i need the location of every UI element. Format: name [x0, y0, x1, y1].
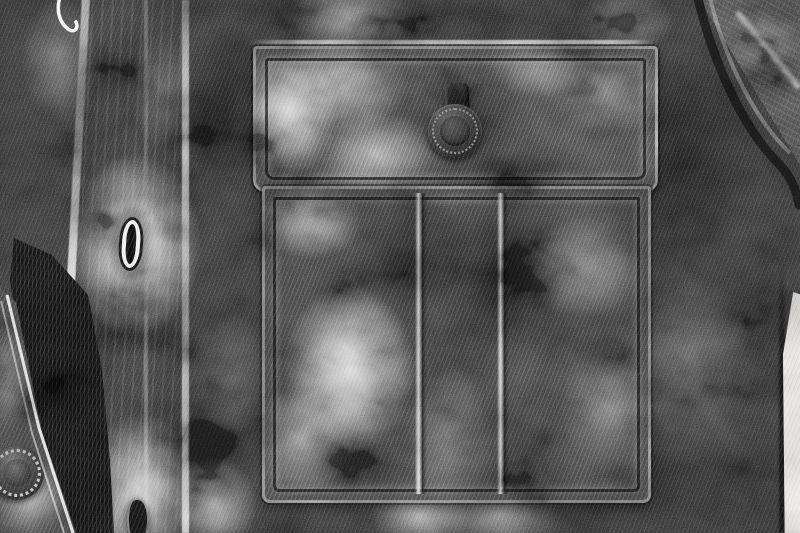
chest-pocket	[262, 186, 651, 503]
pocket-topstitch-border	[273, 197, 640, 492]
buttonhole-lower-slit	[127, 500, 147, 533]
left-button-face	[3, 459, 31, 487]
buttonhole-upper	[114, 211, 148, 277]
buttonhole-lower	[127, 500, 147, 533]
pocket-pleat-seam-right	[497, 193, 509, 494]
flap-button-face	[440, 116, 470, 146]
flap-attachment-seam	[248, 40, 654, 45]
pocket-pleat-seam-left	[415, 193, 427, 494]
jacket-photo	[0, 0, 800, 533]
flap-button	[428, 104, 482, 158]
placket-right-seam	[182, 0, 189, 533]
